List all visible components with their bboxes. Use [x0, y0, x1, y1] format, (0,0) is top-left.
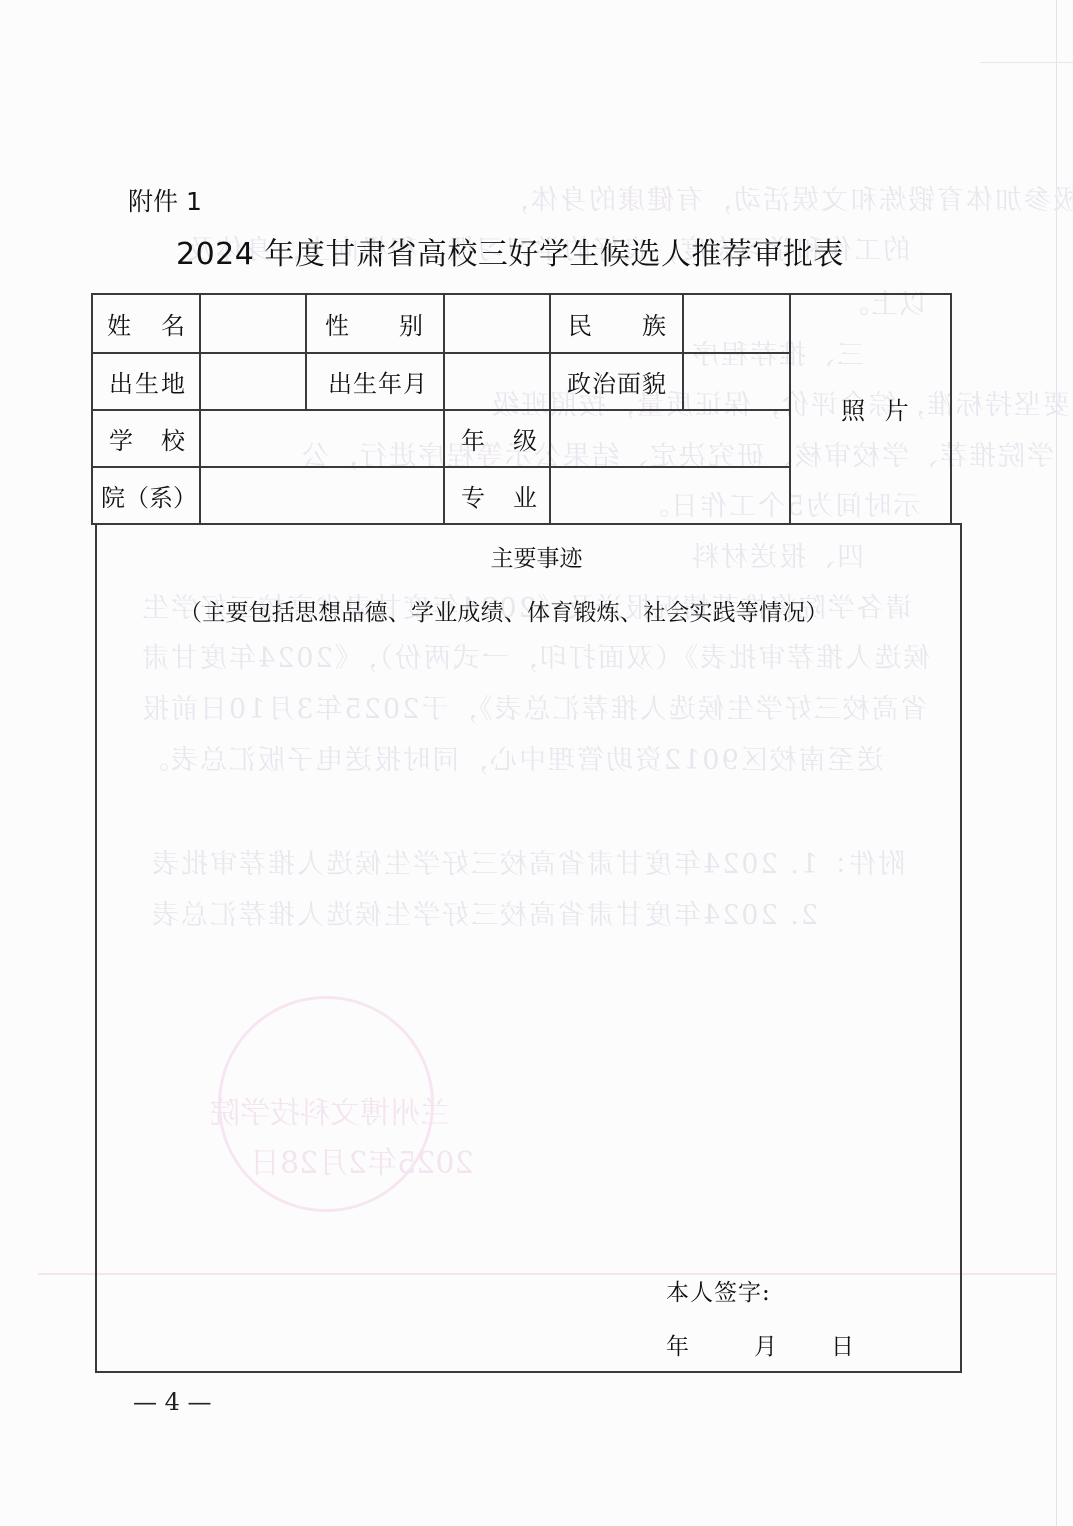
- main-deeds-title: 主要事迹: [0, 540, 1073, 573]
- page-title: 2024 年度甘肃省高校三好学生候选人推荐审批表: [176, 229, 844, 273]
- label-char: 学: [109, 421, 133, 456]
- label-char: 年: [461, 421, 485, 456]
- label-char: 性: [325, 306, 349, 341]
- label-grade: 年 级: [461, 410, 537, 467]
- table-border-right: [950, 293, 952, 525]
- page-number: — 4 —: [133, 1388, 212, 1416]
- label-major: 专 业: [461, 467, 537, 524]
- date-day-label: 日: [831, 1328, 854, 1361]
- signature-field[interactable]: [760, 1274, 950, 1306]
- gender-field[interactable]: [445, 295, 549, 352]
- label-birth-date: 出生年月: [328, 353, 443, 410]
- paper-edge-mark: [980, 62, 1073, 63]
- paper-edge-line: [1056, 0, 1057, 1526]
- col-line: [305, 293, 307, 410]
- major-field[interactable]: [551, 468, 789, 523]
- grade-field[interactable]: [551, 411, 789, 466]
- label-char: 名: [161, 306, 185, 341]
- date-month-label: 月: [754, 1328, 777, 1361]
- label-birthplace: 出生地: [109, 353, 199, 410]
- ethnicity-field[interactable]: [684, 295, 789, 352]
- label-name: 姓 名: [107, 294, 185, 352]
- label-school: 学 校: [109, 410, 185, 467]
- label-char: 民: [568, 306, 592, 341]
- bleed-line: （五）积极参加体育锻炼和文娱活动，有健康的身体，: [500, 178, 1073, 217]
- main-deeds-field[interactable]: [110, 640, 940, 1250]
- school-field[interactable]: [201, 411, 443, 466]
- birth-date-field[interactable]: [445, 354, 549, 409]
- department-field[interactable]: [201, 468, 443, 523]
- label-char: 业: [513, 478, 537, 513]
- main-deeds-subtitle: （主要包括思想品德、学业成绩、体育锻炼、社会实践等情况）: [179, 594, 829, 627]
- signature-label: 本人签字:: [666, 1274, 771, 1307]
- label-ethnicity: 民 族: [568, 294, 666, 352]
- name-field[interactable]: [201, 295, 305, 352]
- label-char: 族: [642, 306, 666, 341]
- label-photo: 照 片: [838, 380, 918, 436]
- label-char: 别: [399, 306, 423, 341]
- label-department: 院（系）: [101, 467, 199, 524]
- date-year-label: 年: [666, 1328, 689, 1361]
- label-char: 专: [461, 478, 485, 513]
- label-char: 校: [161, 421, 185, 456]
- political-status-field[interactable]: [684, 354, 789, 409]
- attachment-label: 附件 1: [128, 182, 202, 218]
- label-political-status: 政治面貌: [567, 353, 682, 410]
- label-char: 姓: [107, 306, 131, 341]
- birthplace-field[interactable]: [201, 354, 305, 409]
- label-char: 级: [513, 421, 537, 456]
- label-gender: 性 别: [325, 294, 423, 352]
